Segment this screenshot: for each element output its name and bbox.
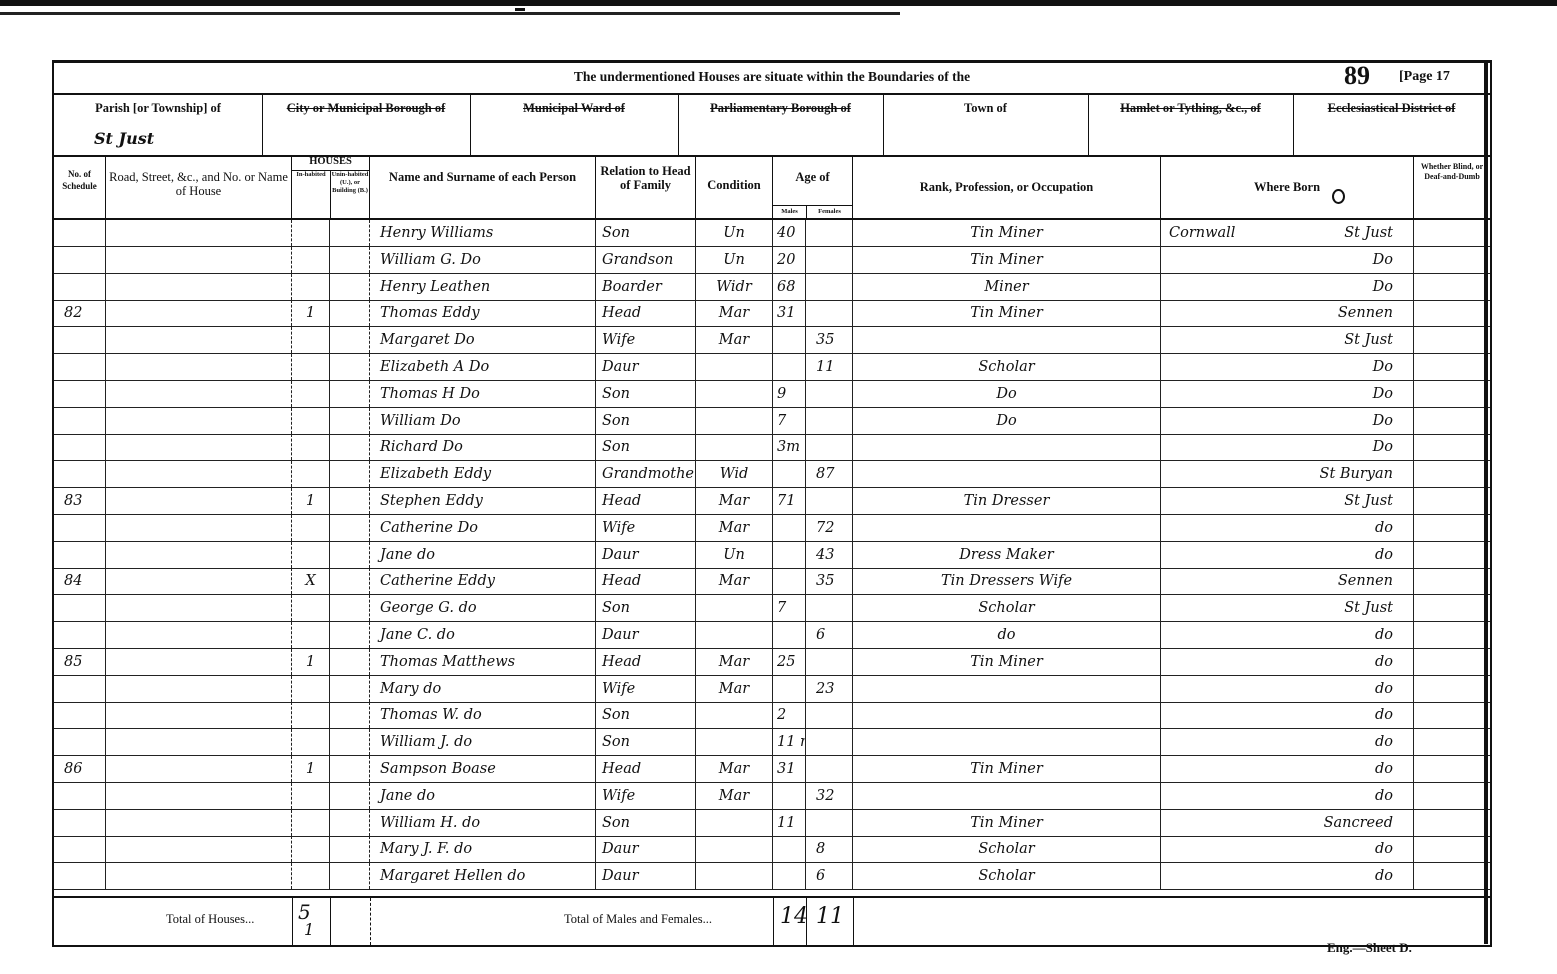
occupation-cell: Tin Miner [853, 220, 1161, 246]
relation-cell: Son [596, 595, 696, 621]
occupation-cell: Do [853, 408, 1161, 434]
boundaries-heading: The undermentioned Houses are situate wi… [54, 69, 1490, 85]
birthplace-cell: Do [1161, 354, 1414, 380]
uninhabited-cell [330, 702, 370, 728]
table-row: Margaret Hellen doDaur6Scholardo [54, 863, 1490, 890]
relation-cell: Daur [596, 542, 696, 568]
name-cell: Thomas W. do [370, 702, 596, 728]
uninhabited-cell [330, 220, 370, 246]
divider [853, 898, 854, 945]
divider [292, 898, 293, 945]
place-value: St Just [94, 129, 154, 148]
place-label: Parish [or Township] of [54, 101, 262, 115]
relation-cell: Wife [596, 327, 696, 353]
uninhabited-cell [330, 408, 370, 434]
condition-cell [696, 354, 773, 380]
name-cell: Thomas Eddy [370, 300, 596, 326]
name-cell: Mary do [370, 676, 596, 702]
name-cell: Margaret Hellen do [370, 863, 596, 889]
name-cell: William Do [370, 408, 596, 434]
road-cell [106, 756, 292, 782]
relation-cell: Son [596, 381, 696, 407]
birthplace-cell: Sancreed [1161, 810, 1414, 836]
relation-cell: Wife [596, 783, 696, 809]
birth-parish: do [1375, 676, 1393, 702]
col-age: Age of Males Females [773, 156, 853, 218]
place-label: Town of [883, 101, 1088, 115]
inhabited-cell [292, 327, 330, 353]
occupation-cell: Dress Maker [853, 542, 1161, 568]
female-age-cell [806, 729, 853, 755]
occupation-cell: Tin Miner [853, 300, 1161, 326]
female-age-cell: 35 [806, 327, 853, 353]
blind-cell [1414, 434, 1490, 460]
col-relation: Relation to Head of Family [596, 156, 696, 218]
place-field: Parliamentary Borough of [678, 93, 884, 155]
birthplace-cell: do [1161, 729, 1414, 755]
uninhabited-cell [330, 327, 370, 353]
name-cell: Catherine Do [370, 515, 596, 541]
female-age-cell [806, 274, 853, 300]
table-row: William G. DoGrandsonUn20Tin MinerDo [54, 247, 1490, 274]
birthplace-cell: do [1161, 783, 1414, 809]
col-houses: HOUSES In-habited Unin-habited (U.), or … [292, 156, 370, 218]
blind-cell [1414, 676, 1490, 702]
inhabited-cell [292, 274, 330, 300]
col-males: Males [773, 205, 807, 218]
place-field: Hamlet or Tything, &c., of [1088, 93, 1294, 155]
name-cell: Stephen Eddy [370, 488, 596, 514]
condition-cell: Mar [696, 515, 773, 541]
blind-cell [1414, 595, 1490, 621]
name-cell: William H. do [370, 810, 596, 836]
male-age-cell [773, 568, 806, 594]
inhabited-cell [292, 595, 330, 621]
female-age-cell [806, 381, 853, 407]
condition-cell: Wid [696, 461, 773, 487]
condition-cell [696, 381, 773, 407]
relation-cell: Son [596, 434, 696, 460]
blind-cell [1414, 220, 1490, 246]
male-age-cell: 2 [773, 702, 806, 728]
place-label: City or Municipal Borough of [262, 101, 470, 115]
road-cell [106, 327, 292, 353]
table-row: Jane doWifeMar32do [54, 783, 1490, 810]
schedule-cell [54, 729, 106, 755]
schedule-cell [54, 381, 106, 407]
name-cell: William J. do [370, 729, 596, 755]
male-age-cell [773, 622, 806, 648]
female-age-cell [806, 702, 853, 728]
inhabited-cell [292, 810, 330, 836]
male-age-cell [773, 327, 806, 353]
birthplace-cell: St Just [1161, 595, 1414, 621]
birth-parish: do [1375, 756, 1393, 782]
occupation-cell [853, 515, 1161, 541]
census-sheet: The undermentioned Houses are situate wi… [52, 60, 1492, 947]
uninhabited-cell [330, 247, 370, 273]
sheet-heading: The undermentioned Houses are situate wi… [54, 63, 1490, 95]
male-age-cell: 31 [773, 300, 806, 326]
occupation-cell: Scholar [853, 595, 1161, 621]
birthplace-cell: Sennen [1161, 300, 1414, 326]
table-row: Mary doWifeMar23do [54, 676, 1490, 703]
sheet-footer: Eng.—Sheet D. [1327, 940, 1412, 956]
blind-cell [1414, 274, 1490, 300]
schedule-cell [54, 863, 106, 889]
condition-cell: Mar [696, 676, 773, 702]
table-row: William DoSon7DoDo [54, 408, 1490, 435]
birth-parish: St Just [1344, 220, 1393, 246]
female-age-cell [806, 247, 853, 273]
birthplace-cell: do [1161, 542, 1414, 568]
female-age-cell [806, 649, 853, 675]
schedule-cell: 82 [54, 300, 106, 326]
totals-row: Total of Houses... 5 1 Total of Males an… [54, 896, 1490, 945]
female-age-cell [806, 756, 853, 782]
male-age-cell: 71 [773, 488, 806, 514]
table-row: 84XCatherine EddyHeadMar35Tin Dressers W… [54, 568, 1490, 595]
houses-title: HOUSES [292, 156, 369, 171]
name-cell: Elizabeth A Do [370, 354, 596, 380]
uninhabited-cell [330, 649, 370, 675]
blind-cell [1414, 702, 1490, 728]
name-cell: Mary J. F. do [370, 836, 596, 862]
road-cell [106, 622, 292, 648]
male-age-cell: 11 months [773, 729, 806, 755]
birth-parish: St Just [1344, 595, 1393, 621]
divider [773, 898, 774, 945]
birth-parish: St Buryan [1320, 461, 1393, 487]
place-label: Hamlet or Tything, &c., of [1088, 101, 1293, 115]
name-cell: Jane do [370, 783, 596, 809]
road-cell [106, 381, 292, 407]
table-row: 861Sampson BoaseHeadMar31Tin Minerdo [54, 756, 1490, 783]
relation-cell: Son [596, 810, 696, 836]
road-cell [106, 863, 292, 889]
occupation-cell: Tin Miner [853, 756, 1161, 782]
table-row: Catherine DoWifeMar72do [54, 515, 1490, 542]
blind-cell [1414, 327, 1490, 353]
male-age-cell [773, 836, 806, 862]
road-cell [106, 434, 292, 460]
condition-cell: Un [696, 220, 773, 246]
name-cell: Thomas Matthews [370, 649, 596, 675]
table-row: Thomas W. doSon2do [54, 702, 1490, 729]
place-field: Ecclesiastical District of [1293, 93, 1490, 155]
birth-parish: do [1375, 702, 1393, 728]
occupation-cell: Tin Dressers Wife [853, 568, 1161, 594]
relation-cell: Daur [596, 863, 696, 889]
birthplace-cell: Do [1161, 274, 1414, 300]
occupation-cell [853, 327, 1161, 353]
blind-cell [1414, 649, 1490, 675]
uninhabited-cell [330, 354, 370, 380]
female-age-cell [806, 300, 853, 326]
blind-cell [1414, 568, 1490, 594]
blind-cell [1414, 461, 1490, 487]
male-age-cell [773, 542, 806, 568]
schedule-cell [54, 595, 106, 621]
relation-cell: Head [596, 300, 696, 326]
uninhabited-cell [330, 756, 370, 782]
schedule-cell [54, 408, 106, 434]
relation-cell: Grandson [596, 247, 696, 273]
col-females: Females [806, 205, 853, 218]
birthplace-cell: do [1161, 836, 1414, 862]
road-cell [106, 702, 292, 728]
birthplace-cell: St Buryan [1161, 461, 1414, 487]
birthplace-cell: CornwallSt Just [1161, 220, 1414, 246]
birth-parish: St Just [1344, 327, 1393, 353]
birth-parish: Do [1373, 408, 1393, 434]
birth-parish: St Just [1344, 488, 1393, 514]
uninhabited-cell [330, 300, 370, 326]
col-schedule: No. of Schedule [54, 156, 106, 218]
male-age-cell: 20 [773, 247, 806, 273]
road-cell [106, 783, 292, 809]
road-cell [106, 488, 292, 514]
male-age-cell [773, 863, 806, 889]
relation-cell: Head [596, 649, 696, 675]
condition-cell: Mar [696, 568, 773, 594]
male-age-cell [773, 461, 806, 487]
female-age-cell [806, 408, 853, 434]
place-field: Town of [883, 93, 1089, 155]
birthplace-cell: Do [1161, 381, 1414, 407]
birth-parish: Do [1373, 381, 1393, 407]
condition-cell [696, 836, 773, 862]
road-cell [106, 515, 292, 541]
blind-cell [1414, 408, 1490, 434]
col-born: Where Born [1161, 156, 1414, 218]
occupation-cell: Scholar [853, 354, 1161, 380]
column-headers: No. of Schedule Road, Street, &c., and N… [54, 156, 1490, 220]
female-age-cell: 11 [806, 354, 853, 380]
inhabited-cell: 1 [292, 756, 330, 782]
table-row: 831Stephen EddyHeadMar71Tin DresserSt Ju… [54, 488, 1490, 515]
uninhabited-cell [330, 274, 370, 300]
uninhabited-cell [330, 836, 370, 862]
table-row: Jane doDaurUn43Dress Makerdo [54, 542, 1490, 569]
road-cell [106, 810, 292, 836]
schedule-cell [54, 810, 106, 836]
birth-parish: do [1375, 515, 1393, 541]
blind-cell [1414, 488, 1490, 514]
birthplace-cell: do [1161, 702, 1414, 728]
occupation-cell [853, 729, 1161, 755]
uninhabited-cell [330, 434, 370, 460]
table-row: William H. doSon11Tin MinerSancreed [54, 810, 1490, 837]
inhabited-cell: X [292, 568, 330, 594]
schedule-cell [54, 542, 106, 568]
total-persons-label: Total of Males and Females... [564, 912, 712, 927]
table-row: Henry WilliamsSonUn40Tin MinerCornwallSt… [54, 220, 1490, 247]
schedule-cell [54, 434, 106, 460]
blind-cell [1414, 783, 1490, 809]
inhabited-cell [292, 247, 330, 273]
birthplace-cell: do [1161, 649, 1414, 675]
inhabited-cell [292, 408, 330, 434]
inhabited-cell [292, 676, 330, 702]
place-label: Ecclesiastical District of [1293, 101, 1490, 115]
place-field: Parish [or Township] ofSt Just [54, 93, 263, 155]
relation-cell: Son [596, 220, 696, 246]
female-age-cell: 6 [806, 863, 853, 889]
female-age-cell: 8 [806, 836, 853, 862]
birthplace-cell: Sennen [1161, 568, 1414, 594]
male-age-cell: 11 [773, 810, 806, 836]
birth-parish: Do [1373, 434, 1393, 460]
col-name: Name and Surname of each Person [370, 156, 596, 218]
schedule-cell [54, 220, 106, 246]
schedule-cell [54, 247, 106, 273]
blind-cell [1414, 515, 1490, 541]
name-cell: Jane do [370, 542, 596, 568]
name-cell: Margaret Do [370, 327, 596, 353]
scan-edge-line [0, 12, 900, 15]
name-cell: Jane C. do [370, 622, 596, 648]
inhabited-cell [292, 381, 330, 407]
col-inhabited: In-habited [292, 171, 331, 218]
birth-parish: Do [1373, 354, 1393, 380]
birth-parish: do [1375, 729, 1393, 755]
condition-cell: Widr [696, 274, 773, 300]
female-age-cell [806, 595, 853, 621]
schedule-cell [54, 354, 106, 380]
blind-cell [1414, 542, 1490, 568]
birthplace-cell: do [1161, 863, 1414, 889]
divider [806, 898, 807, 945]
table-row: Elizabeth A DoDaur11ScholarDo [54, 354, 1490, 381]
road-cell [106, 274, 292, 300]
road-cell [106, 300, 292, 326]
female-age-cell [806, 220, 853, 246]
condition-cell: Un [696, 247, 773, 273]
male-age-cell [773, 676, 806, 702]
schedule-cell [54, 461, 106, 487]
male-age-cell: 7 [773, 595, 806, 621]
condition-cell [696, 434, 773, 460]
road-cell [106, 649, 292, 675]
inhabited-cell [292, 220, 330, 246]
occupation-cell: Tin Miner [853, 649, 1161, 675]
road-cell [106, 461, 292, 487]
birthplace-cell: do [1161, 676, 1414, 702]
uninhabited-cell [330, 542, 370, 568]
female-age-cell: 32 [806, 783, 853, 809]
table-row: 851Thomas MatthewsHeadMar25Tin Minerdo [54, 649, 1490, 676]
name-cell: Catherine Eddy [370, 568, 596, 594]
birth-parish: do [1375, 622, 1393, 648]
male-age-cell [773, 515, 806, 541]
table-row: George G. doSon7ScholarSt Just [54, 595, 1490, 622]
uninhabited-cell [330, 622, 370, 648]
name-cell: Henry Williams [370, 220, 596, 246]
road-cell [106, 595, 292, 621]
table-row: 821Thomas EddyHeadMar31Tin MinerSennen [54, 300, 1490, 327]
relation-cell: Wife [596, 676, 696, 702]
road-cell [106, 247, 292, 273]
relation-cell: Head [596, 488, 696, 514]
blind-cell [1414, 836, 1490, 862]
occupation-cell [853, 783, 1161, 809]
condition-cell: Mar [696, 300, 773, 326]
col-condition: Condition [696, 156, 773, 218]
birth-parish: Sennen [1338, 568, 1393, 594]
inhabited-cell [292, 783, 330, 809]
relation-cell: Grandmother [596, 461, 696, 487]
female-age-cell: 87 [806, 461, 853, 487]
folio-number: 89 [1344, 61, 1370, 91]
uninhabited-cell [330, 810, 370, 836]
inhabited-cell [292, 515, 330, 541]
total-houses-label: Total of Houses... [166, 912, 254, 927]
table-row: Margaret DoWifeMar35St Just [54, 327, 1490, 354]
occupation-cell: Tin Miner [853, 247, 1161, 273]
occupation-cell [853, 461, 1161, 487]
schedule-cell: 84 [54, 568, 106, 594]
birthplace-cell: do [1161, 515, 1414, 541]
schedule-cell [54, 327, 106, 353]
col-uninhabited: Unin-habited (U.), or Building (B.) [330, 171, 370, 218]
inhabited-cell: 1 [292, 488, 330, 514]
relation-cell: Wife [596, 515, 696, 541]
schedule-cell [54, 783, 106, 809]
occupation-cell [853, 676, 1161, 702]
uninhabited-cell [330, 729, 370, 755]
male-age-cell: 9 [773, 381, 806, 407]
road-cell [106, 568, 292, 594]
birth-parish: do [1375, 863, 1393, 889]
birthplace-cell: St Just [1161, 488, 1414, 514]
birthplace-cell: Do [1161, 434, 1414, 460]
blind-cell [1414, 300, 1490, 326]
condition-cell: Un [696, 542, 773, 568]
condition-cell [696, 810, 773, 836]
birth-parish: do [1375, 649, 1393, 675]
birthplace-cell: Do [1161, 408, 1414, 434]
col-blind: Whether Blind, or Deaf-and-Dumb [1414, 156, 1490, 218]
birthplace-cell: St Just [1161, 327, 1414, 353]
male-age-cell: 7 [773, 408, 806, 434]
total-houses-sub: 1 [304, 920, 314, 939]
uninhabited-cell [330, 863, 370, 889]
uninhabited-cell [330, 461, 370, 487]
uninhabited-cell [330, 568, 370, 594]
inhabited-cell [292, 729, 330, 755]
name-cell: Elizabeth Eddy [370, 461, 596, 487]
blind-cell [1414, 810, 1490, 836]
circle-mark-icon [1332, 189, 1345, 204]
inhabited-cell [292, 622, 330, 648]
uninhabited-cell [330, 515, 370, 541]
condition-cell [696, 595, 773, 621]
occupation-cell [853, 702, 1161, 728]
place-header-row: Parish [or Township] ofSt JustCity or Mu… [54, 93, 1490, 157]
male-age-cell: 31 [773, 756, 806, 782]
inhabited-cell [292, 461, 330, 487]
schedule-cell [54, 836, 106, 862]
blind-cell [1414, 381, 1490, 407]
place-field: Municipal Ward of [470, 93, 679, 155]
place-label: Municipal Ward of [470, 101, 678, 115]
table-row: Thomas H DoSon9DoDo [54, 381, 1490, 408]
schedule-cell [54, 702, 106, 728]
birthplace-cell: Do [1161, 247, 1414, 273]
road-cell [106, 354, 292, 380]
birth-parish: Sennen [1338, 300, 1393, 326]
